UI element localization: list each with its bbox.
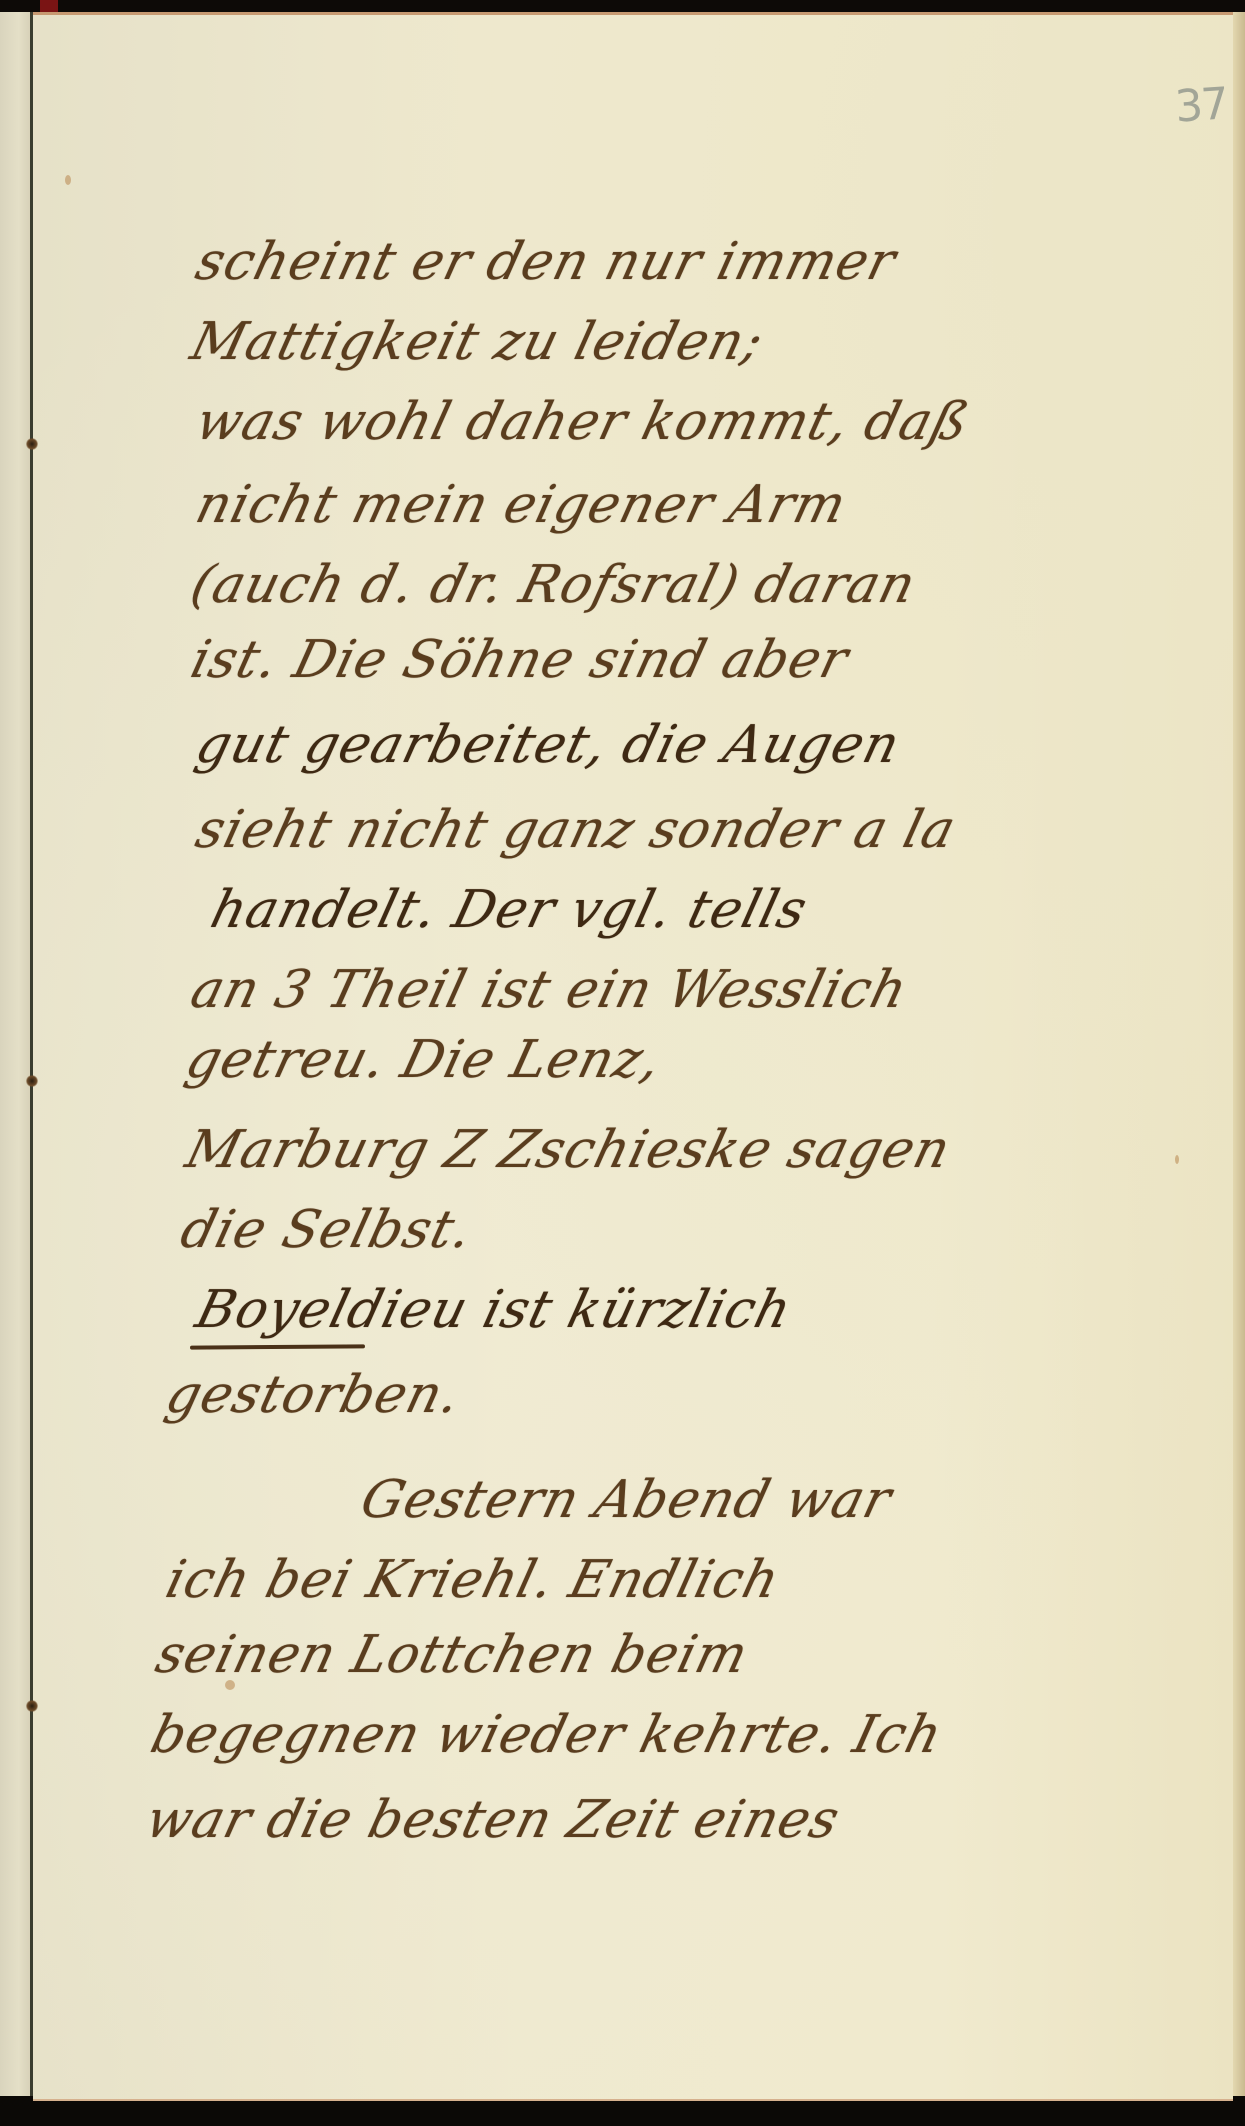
- manuscript-line-1: scheint er den nur immer: [190, 232, 902, 292]
- manuscript-line-14: Boyeldieu ist kürzlich: [190, 1280, 798, 1340]
- manuscript-line-16: Gestern Abend war: [355, 1470, 898, 1530]
- manuscript-line-17: ich bei Kriehl. Endlich: [160, 1550, 786, 1610]
- manuscript-line-15: gestorben.: [160, 1365, 467, 1425]
- manuscript-line-18: seinen Lottchen beim: [150, 1625, 754, 1685]
- manuscript-line-9: handelt. Der vgl. tells: [205, 880, 813, 940]
- manuscript-line-12: Marburg Z Zschieske sagen: [180, 1120, 957, 1180]
- manuscript-line-5: (auch d. dr. Rofsral) daran: [185, 555, 922, 615]
- manuscript-line-8: sieht nicht ganz sonder a la: [190, 800, 962, 860]
- manuscript-line-10: an 3 Theil ist ein Wesslich: [185, 960, 914, 1020]
- boyeldieu-underline: [190, 1344, 365, 1349]
- manuscript-line-6: ist. Die Söhne sind aber: [185, 630, 855, 690]
- manuscript-line-13: die Selbst.: [175, 1200, 479, 1260]
- manuscript-line-2: Mattigkeit zu leiden;: [185, 312, 770, 372]
- manuscript-line-19: begegnen wieder kehrte. Ich: [145, 1705, 949, 1765]
- manuscript-line-3: was wohl daher kommt, daß: [190, 392, 976, 452]
- manuscript-line-11: getreu. Die Lenz,: [180, 1030, 667, 1090]
- handwritten-text-block: scheint er den nur immer Mattigkeit zu l…: [0, 0, 1245, 2126]
- manuscript-line-7: gut gearbeitet, die Augen: [190, 715, 906, 775]
- manuscript-line-20: war die besten Zeit eines: [140, 1790, 846, 1850]
- manuscript-line-4: nicht mein eigener Arm: [190, 475, 853, 535]
